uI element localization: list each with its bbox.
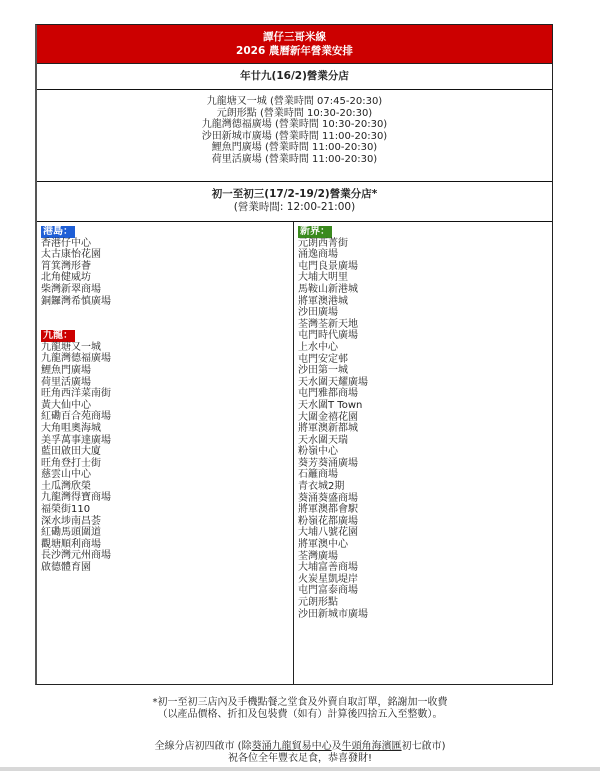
store-item: 沙田廣場 [298,307,552,319]
eve-store: 沙田新城市廣場 (營業時間 11:00-20:30) [37,131,552,143]
store-item: 將軍澳新都城 [298,423,552,435]
store-item: 慈雲山中心 [41,469,293,481]
surcharge-note-line1: *初一至初三店內及手機點餐之堂食及外賣自取訂單，銘謝加一收費 [0,697,600,709]
eve-store: 九龍塘又一城 (營業時間 07:45-20:30) [37,96,552,108]
store-item: 九龍塘又一城 [41,342,293,354]
region-label-new-territories: 新界： [298,226,332,238]
region-columns: 港島： 香港仔中心太古康怡花園筲箕灣形薈北角健威坊柴灣新翠商場銅鑼灣希慎廣場 九… [37,222,552,684]
surcharge-note: *初一至初三店內及手機點餐之堂食及外賣自取訂單，銘謝加一收費 （以產品價格、折扣… [0,697,600,720]
store-item: 葵芳葵涌廣場 [298,458,552,470]
store-item: 鯉魚門廣場 [41,365,293,377]
store-item: 將軍澳港城 [298,296,552,308]
region-new-territories: 新界： 元朗西菁街涌逸商場屯門良景廣場大埔大明里馬鞍山新港城將軍澳港城沙田廣場荃… [298,226,552,620]
schedule-table: 譚仔三哥米線 2026 農曆新年營業安排 年廿九(16/2)營業分店 九龍塘又一… [35,24,553,685]
store-item: 大埔八號花園 [298,527,552,539]
reopen-store-link-1[interactable]: 葵涌九龍貿易中心 [252,741,332,752]
store-item: 深水埗南昌荟 [41,516,293,528]
new-territories-store-list: 元朗西菁街涌逸商場屯門良景廣場大埔大明里馬鞍山新港城將軍澳港城沙田廣場荃灣荃新天… [298,238,552,621]
reopen-store-link-2[interactable]: 牛頭角海濱匯 [342,741,402,752]
store-item: 九龍灣得寶商場 [41,492,293,504]
store-item: 屯門時代廣場 [298,330,552,342]
eve-store: 鯉魚門廣場 (營業時間 11:00-20:30) [37,142,552,154]
store-item: 天水圍天瑞 [298,435,552,447]
store-item: 青衣城2期 [298,481,552,493]
store-item: 大圍金禧花園 [298,412,552,424]
store-item: 香港仔中心 [41,238,293,250]
store-item: 將軍澳都會駅 [298,504,552,516]
eve-store: 荷里活廣場 (營業時間 11:00-20:30) [37,154,552,166]
store-item: 紅磡百合苑商場 [41,411,293,423]
store-item: 石籬商場 [298,469,552,481]
reopen-suffix: 初七啟市) [402,741,446,752]
kowloon-store-list: 九龍塘又一城九龍灣德福廣場鯉魚門廣場荷里活廣場旺角西洋菜南街黃大仙中心紅磡百合苑… [41,342,293,574]
schedule-title: 2026 農曆新年營業安排 [37,44,552,58]
store-item: 元朗西菁街 [298,238,552,250]
store-item: 大埔大明里 [298,272,552,284]
cny-hours: (營業時間: 12:00-21:00) [37,201,552,214]
store-item: 馬鞍山新港城 [298,284,552,296]
bottom-scroll-edge [0,767,600,771]
store-item: 旺角登打士街 [41,458,293,470]
store-item: 葵涌葵盛商場 [298,493,552,505]
hk-island-store-list: 香港仔中心太古康怡花園筲箕灣形薈北角健威坊柴灣新翠商場銅鑼灣希慎廣場 [41,238,293,308]
store-item: 上水中心 [298,342,552,354]
store-item: 荷里活廣場 [41,377,293,389]
store-item: 天水圍天耀廣場 [298,377,552,389]
region-kowloon: 九龍： 九龍塘又一城九龍灣德福廣場鯉魚門廣場荷里活廣場旺角西洋菜南街黃大仙中心紅… [41,330,293,573]
store-item: 荃灣荃新天地 [298,319,552,331]
store-item: 筲箕灣形薈 [41,261,293,273]
title-banner: 譚仔三哥米線 2026 農曆新年營業安排 [37,25,552,64]
eve-store: 九龍灣德福廣場 (營業時間 10:30-20:30) [37,119,552,131]
left-column: 港島： 香港仔中心太古康怡花園筲箕灣形薈北角健威坊柴灣新翠商場銅鑼灣希慎廣場 九… [37,222,294,684]
store-item: 荃灣廣場 [298,551,552,563]
store-item: 九龍灣德福廣場 [41,353,293,365]
store-item: 屯門雅都商場 [298,388,552,400]
store-item: 屯門安定邨 [298,354,552,366]
store-item: 粉嶺中心 [298,446,552,458]
store-item: 粉嶺花都廣場 [298,516,552,528]
region-hk-island: 港島： 香港仔中心太古康怡花園筲箕灣形薈北角健威坊柴灣新翠商場銅鑼灣希慎廣場 [41,226,293,307]
store-item: 將軍澳中心 [298,539,552,551]
region-label-hk-island: 港島： [41,226,75,238]
eve-heading: 年廿九(16/2)營業分店 [37,64,552,90]
surcharge-note-line2: （以產品價格、折扣及包裝費（如有）計算後四捨五入至整數）。 [0,709,600,721]
reopen-and: 及 [332,741,342,752]
store-item: 沙田新城市廣場 [298,609,552,621]
store-item: 柴灣新翠商場 [41,284,293,296]
store-item: 土瓜灣欣榮 [41,481,293,493]
store-item: 火炭星凱堤岸 [298,574,552,586]
region-label-kowloon: 九龍： [41,330,75,342]
store-item: 美孚萬事達廣場 [41,435,293,447]
store-item: 天水圍T Town [298,400,552,412]
eve-store: 元朗形點 (營業時間 10:30-20:30) [37,108,552,120]
cny-heading-block: 初一至初三(17/2-19/2)營業分店* (營業時間: 12:00-21:00… [37,182,552,222]
store-item: 紅磡馬頭圍道 [41,527,293,539]
store-item: 銅鑼灣希慎廣場 [41,296,293,308]
store-item: 屯門良景廣場 [298,261,552,273]
greeting: 祝各位全年豐衣足食，恭喜發財! [0,753,600,765]
reopen-prefix: 全線分店初四啟市 (除 [155,741,252,752]
reopen-line: 全線分店初四啟市 (除葵涌九龍貿易中心及牛頭角海濱匯初七啟市) [0,741,600,753]
right-column: 新界： 元朗西菁街涌逸商場屯門良景廣場大埔大明里馬鞍山新港城將軍澳港城沙田廣場荃… [294,222,552,684]
store-item: 黃大仙中心 [41,400,293,412]
store-item: 大角咀奧海城 [41,423,293,435]
eve-store-list: 九龍塘又一城 (營業時間 07:45-20:30) 元朗形點 (營業時間 10:… [37,90,552,182]
store-item: 沙田第一城 [298,365,552,377]
cny-heading: 初一至初三(17/2-19/2)營業分店* [37,188,552,201]
store-item: 大埔富善商場 [298,562,552,574]
store-item: 觀塘順利商場 [41,539,293,551]
store-item: 元朗形點 [298,597,552,609]
brand-name: 譚仔三哥米線 [37,30,552,44]
store-item: 旺角西洋菜南街 [41,388,293,400]
store-item: 太古康怡花園 [41,249,293,261]
store-item: 福榮街110 [41,504,293,516]
store-item: 涌逸商場 [298,249,552,261]
store-item: 藍田啟田大廈 [41,446,293,458]
store-item: 屯門富泰商場 [298,585,552,597]
reopen-note: 全線分店初四啟市 (除葵涌九龍貿易中心及牛頭角海濱匯初七啟市) 祝各位全年豐衣足… [0,741,600,764]
store-item: 北角健威坊 [41,272,293,284]
store-item: 長沙灣元州商場 [41,550,293,562]
store-item: 啟德體育園 [41,562,293,574]
